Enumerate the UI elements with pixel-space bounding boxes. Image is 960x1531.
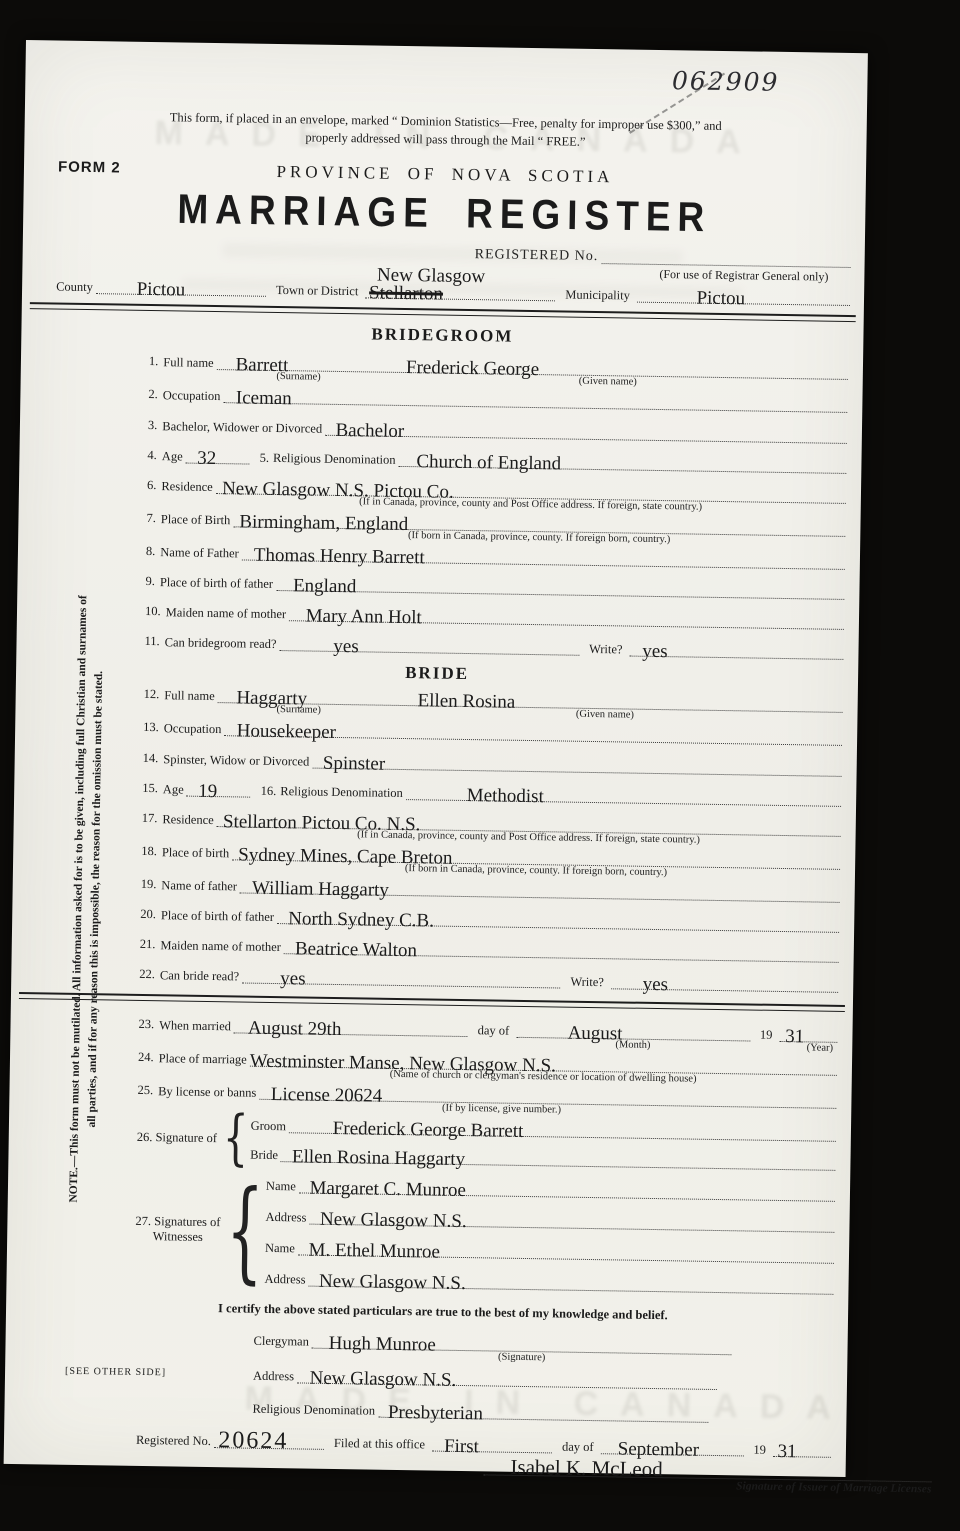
row-witness1-name: Name Margaret C. Munroe	[266, 1176, 835, 1202]
clergyman-label: Clergyman	[253, 1335, 309, 1349]
row-bride-read-write: 22. Can bride read? yes Write? yes	[139, 965, 838, 993]
row-number: 10.	[145, 604, 161, 619]
page-title: MARRIAGE REGISTER	[23, 184, 866, 244]
can-read-label: Can bridegroom read?	[165, 636, 277, 651]
license-value: License 20624	[271, 1085, 383, 1106]
fill-line: England	[276, 574, 845, 600]
write-fill: yes	[611, 973, 839, 994]
signature-column: Groom Frederick George Barrett Bride Ell…	[250, 1116, 836, 1171]
bridegroom-heading: BRIDEGROOM	[21, 319, 863, 352]
issuer-signature-line: Isabel K. McLeod	[484, 1457, 932, 1483]
religion-value: Methodist	[467, 786, 544, 806]
row-label: Spinster, Widow or Divorced	[163, 753, 309, 768]
fill-line: New Glasgow N.S.	[309, 1208, 834, 1233]
place-sub-label: (Name of church or clergyman's residence…	[390, 1069, 697, 1085]
handwritten-value: Housekeeper	[237, 722, 336, 743]
row-groom-full-name: 1. Full name Barrett Frederick George (S…	[149, 352, 848, 380]
given-name-sub-label: (Given name)	[579, 376, 637, 388]
witnesses-label-line1: Signatures of	[154, 1214, 221, 1229]
handwritten-value: Mary Ann Holt	[306, 607, 422, 628]
county-label: County	[56, 281, 93, 295]
age-label: Age	[162, 450, 183, 463]
address-label: Address	[265, 1211, 306, 1225]
row-groom-occupation: 2. Occupation Iceman	[148, 385, 847, 413]
row-groom-residence: 6. Residence New Glasgow N.S. Pictou Co.…	[147, 476, 846, 504]
row-number: 23.	[138, 1017, 154, 1032]
row-number: 26.	[137, 1130, 153, 1144]
handwritten-value: Spinster	[323, 754, 386, 774]
clergyman-fill: Hugh Munroe (Signature)	[312, 1332, 732, 1356]
row-number: 12.	[144, 687, 160, 702]
year-fill: 31 (Year)	[779, 1025, 837, 1043]
row-groom-birthplace: 7. Place of Birth Birmingham, England (I…	[146, 509, 845, 537]
bridegroom-section: 1. Full name Barrett Frederick George (S…	[16, 350, 863, 660]
row-bride-mother-maiden-name: 21. Maiden name of mother Beatrice Walto…	[140, 935, 839, 963]
fill-line: Housekeeper	[224, 719, 842, 746]
fill-line: Thomas Henry Barrett	[242, 544, 845, 570]
issuer-signature-block: Isabel K. McLeod Signature of Issuer of …	[483, 1457, 931, 1496]
fill-line: New Glasgow N.S. Pictou Co. (If in Canad…	[216, 477, 846, 504]
fill-line: Bachelor	[325, 419, 847, 444]
date-value: August 29th	[248, 1019, 342, 1039]
row-number: 14.	[143, 751, 159, 766]
row-label: Full name	[163, 356, 214, 370]
row-bride-residence: 17. Residence Stellarton Pictou Co. N.S.…	[142, 809, 841, 837]
surname-sub-label: (Surname)	[276, 371, 320, 383]
scanned-page: MADE IN CANADA MADE IN CANADA 062909 Thi…	[4, 40, 868, 1477]
fill-line: License 20624 (If by license, give numbe…	[259, 1083, 836, 1109]
filed-day-value: First	[444, 1437, 479, 1457]
witnesses-label-line2: Witnesses	[135, 1229, 220, 1245]
row-number: 2.	[148, 387, 158, 402]
clergyman-signature: Hugh Munroe	[329, 1334, 436, 1355]
row-label: Residence	[162, 813, 214, 827]
age-value: 19	[198, 782, 217, 801]
row-number-16: 16.	[261, 785, 277, 798]
row-label: Occupation	[164, 722, 222, 736]
row-label: When married	[159, 1019, 231, 1033]
form-number-label: FORM 2	[58, 159, 121, 177]
row-label: Place of Birth	[161, 513, 231, 527]
row-number: 18.	[141, 844, 157, 859]
day-of-label: day of	[478, 1024, 510, 1038]
year-sub-label: (Year)	[807, 1043, 834, 1054]
handwritten-value: Birmingham, England	[239, 513, 408, 535]
residence-sub-label: (If in Canada, province, county and Post…	[359, 497, 702, 513]
town-struck-value: Stellarton	[369, 284, 443, 304]
fill-line: Sydney Mines, Cape Breton (If born in Ca…	[232, 844, 840, 871]
row-number: 4.	[147, 448, 157, 463]
fill-line: Iceman	[223, 386, 847, 413]
fill-line: Spinster	[312, 752, 842, 777]
residence-sub-label: (If in Canada, province, county and Post…	[357, 830, 700, 846]
row-label: By license or banns	[158, 1085, 256, 1100]
month-sub-label: (Month)	[615, 1040, 650, 1052]
signatures-block: 26. Signature of { Groom Frederick Georg…	[136, 1114, 836, 1171]
row-bride-occupation: 13. Occupation Housekeeper	[143, 718, 842, 746]
row-number: 21.	[140, 937, 156, 952]
handwritten-value: Iceman	[236, 389, 292, 409]
row-number: 22.	[139, 967, 155, 982]
row-label: Place of marriage	[159, 1052, 247, 1067]
certification-statement: I certify the above stated particulars a…	[218, 1301, 833, 1326]
filed-day-fill: First	[432, 1435, 552, 1454]
county-fill: Pictou	[96, 277, 266, 297]
row-groom-marital-status: 3. Bachelor, Widower or Divorced Bachelo…	[148, 416, 847, 444]
brace-glyph: {	[225, 1166, 264, 1296]
row-groom-father-name: 8. Name of Father Thomas Henry Barrett	[146, 542, 845, 570]
read-value: yes	[280, 969, 306, 988]
row-number: 17.	[142, 811, 158, 826]
row-bride-father-name: 19. Name of father William Haggarty	[141, 875, 840, 903]
witness2-name: M. Ethel Munroe	[308, 1241, 440, 1262]
row-groom-father-birthplace: 9. Place of birth of father England	[145, 572, 844, 600]
handwritten-value: Bachelor	[335, 421, 404, 441]
day-of-label: day of	[562, 1441, 594, 1455]
row-bride-marital-status: 14. Spinster, Widow or Divorced Spinster	[143, 749, 842, 777]
row-groom-signature: Groom Frederick George Barrett	[251, 1116, 837, 1142]
row-number: 7.	[146, 511, 156, 526]
fill-line: New Glasgow N.S.	[308, 1270, 833, 1295]
fill-line: M. Ethel Munroe	[298, 1239, 834, 1264]
row-label: Signature of	[155, 1130, 217, 1145]
license-sub-label: (If by license, give number.)	[442, 1103, 561, 1116]
groom-signature: Frederick George Barrett	[333, 1119, 524, 1141]
religion-value: Church of England	[416, 452, 561, 473]
witnesses-label: 27. Signatures of Witnesses	[135, 1214, 221, 1245]
see-other-side-label: [SEE OTHER SIDE]	[65, 1366, 166, 1379]
witness1-name: Margaret C. Munroe	[309, 1179, 466, 1200]
handwritten-value: Beatrice Walton	[295, 940, 417, 961]
town-fill: Stellarton New Glasgow	[365, 282, 555, 302]
religion-label: Religious Denomination	[273, 452, 396, 467]
made-in-canada-watermark: MADE IN CANADA	[154, 114, 763, 163]
name-label: Name	[265, 1242, 295, 1256]
row-number: 24.	[138, 1050, 154, 1065]
issuer-signature: Isabel K. McLeod	[510, 1457, 663, 1480]
fill-line: Frederick George Barrett	[289, 1117, 836, 1143]
row-number: 13.	[143, 720, 159, 735]
age-value: 32	[197, 449, 216, 468]
write-label: Write?	[570, 976, 604, 990]
birthplace-sub-label: (If born in Canada, province, county. If…	[405, 863, 667, 878]
handwritten-value: North Sydney C.B.	[288, 909, 434, 930]
registered-no-value: 20624	[218, 1428, 288, 1453]
write-fill: yes	[629, 640, 843, 660]
address-fill: New Glasgow N.S.	[297, 1367, 717, 1391]
date-fill: August 29th	[234, 1017, 468, 1038]
row-label: Full name	[164, 689, 215, 703]
row-number-5: 5.	[260, 452, 270, 465]
municipality-fill: Pictou	[637, 286, 850, 306]
row-bride-age-religion: 15. Age 19 16. Religious Denomination Me…	[142, 779, 841, 807]
read-fill: yes	[242, 967, 561, 989]
name-label: Name	[266, 1180, 296, 1194]
clergyman-address: New Glasgow N.S.	[309, 1369, 456, 1390]
row-bride-full-name: 12. Full name Haggarty Ellen Rosina (Sur…	[144, 685, 843, 713]
row-groom-read-write: 11. Can bridegroom read? yes Write? yes	[144, 632, 843, 660]
row-number: 9.	[145, 574, 155, 589]
filed-year-fill: 31	[773, 1440, 831, 1458]
handwritten-value: England	[293, 577, 357, 597]
row-label: Place of birth of father	[161, 909, 274, 924]
age-fill: 32	[186, 447, 250, 465]
row-label: Maiden name of mother	[160, 939, 281, 954]
row-label: Place of birth of father	[160, 576, 273, 591]
row-number: 19.	[141, 877, 157, 892]
serial-number: 062909	[672, 66, 780, 97]
given-name-value: Ellen Rosina	[417, 691, 515, 712]
month-value: August	[568, 1024, 623, 1044]
age-label: Age	[163, 783, 184, 796]
row-number: 3.	[148, 418, 158, 433]
religion-label: Religious Denomination	[280, 785, 403, 800]
row-label: Name of father	[161, 879, 237, 893]
row-groom-age-religion: 4. Age 32 5. Religious Denomination Chur…	[147, 446, 846, 474]
handwritten-value: William Haggarty	[252, 879, 389, 900]
write-label: Write?	[589, 643, 623, 657]
birthplace-sub-label: (If born in Canada, province, county. If…	[408, 530, 670, 545]
fill-line: Haggarty Ellen Rosina (Surname) (Given n…	[218, 686, 843, 713]
row-bride-birthplace: 18. Place of birth Sydney Mines, Cape Br…	[141, 842, 840, 870]
denomination-value: Presbyterian	[388, 1403, 483, 1423]
fill-line: William Haggarty	[240, 877, 840, 903]
read-value: yes	[333, 637, 359, 656]
registered-no-fill: 20624	[214, 1431, 324, 1450]
brace-glyph: {	[222, 1104, 249, 1173]
bride-section: 12. Full name Haggarty Ellen Rosina (Sur…	[11, 683, 858, 993]
fill-line: Margaret C. Munroe	[299, 1177, 835, 1202]
fill-line: Barrett Frederick George (Surname) (Give…	[217, 353, 848, 380]
row-label: Residence	[161, 480, 213, 494]
row-label: Name of Father	[160, 546, 239, 560]
row-bride-father-birthplace: 20. Place of birth of father North Sydne…	[140, 905, 839, 933]
row-witness2-name: Name M. Ethel Munroe	[265, 1238, 834, 1264]
row-label: Bachelor, Widower or Divorced	[162, 420, 322, 436]
row-registered-filed: Registered No. 20624 Filed at this offic…	[136, 1430, 831, 1458]
witness2-address: New Glasgow N.S.	[319, 1272, 466, 1293]
year-prefix: 19	[760, 1029, 773, 1042]
row-number: 6.	[147, 478, 157, 493]
row-number: 11.	[144, 634, 159, 649]
fill-line: Mary Ann Holt	[289, 604, 844, 630]
year-value: 31	[785, 1027, 804, 1046]
year-prefix: 19	[753, 1444, 766, 1457]
double-rule	[19, 992, 845, 1012]
fill-line: Westminster Manse, New Glasgow N.S. (Nam…	[250, 1050, 837, 1076]
county-value: Pictou	[137, 280, 186, 300]
fill-line: North Sydney C.B.	[277, 907, 839, 933]
row-number: 1.	[149, 354, 159, 369]
can-read-label: Can bride read?	[160, 969, 239, 983]
religion-fill: Church of England	[398, 450, 846, 474]
write-value: yes	[642, 642, 668, 661]
row-label: Occupation	[163, 389, 221, 403]
address-label: Address	[264, 1273, 305, 1287]
write-value: yes	[643, 975, 669, 994]
municipality-value: Pictou	[696, 289, 745, 309]
witnesses-block: 27. Signatures of Witnesses { Name Marga…	[134, 1174, 835, 1295]
signature-of-label: 26. Signature of	[137, 1130, 217, 1146]
row-place-of-marriage: 24. Place of marriage Westminster Manse,…	[138, 1048, 837, 1076]
row-bride-signature: Bride Ellen Rosina Haggarty	[250, 1145, 836, 1171]
filed-month-fill: September	[601, 1437, 744, 1456]
row-when-married: 23. When married August 29th day of Augu…	[138, 1015, 837, 1043]
fill-line: Birmingham, England (If born in Canada, …	[233, 511, 845, 538]
surname-sub-label: (Surname)	[276, 704, 320, 716]
handwritten-value: Thomas Henry Barrett	[254, 546, 425, 568]
row-witness2-address: Address New Glasgow N.S.	[264, 1269, 833, 1295]
age-fill: 19	[187, 780, 251, 798]
fill-line: Ellen Rosina Haggarty	[281, 1145, 836, 1171]
filed-year-value: 31	[777, 1442, 796, 1461]
groom-sig-label: Groom	[251, 1120, 287, 1134]
row-number: 25.	[137, 1083, 153, 1098]
fill-line	[601, 247, 851, 268]
registered-no-label: Registered No.	[136, 1434, 211, 1448]
row-clergyman: Clergyman Hugh Munroe (Signature)	[253, 1331, 832, 1357]
row-label: Maiden name of mother	[166, 606, 287, 621]
month-fill: August (Month)	[516, 1021, 750, 1042]
bride-signature: Ellen Rosina Haggarty	[292, 1148, 465, 1170]
fill-line: Beatrice Walton	[284, 937, 839, 963]
read-fill: yes	[279, 634, 579, 656]
row-label: Place of birth	[162, 846, 230, 860]
witness1-address: New Glasgow N.S.	[320, 1210, 467, 1231]
row-number: 15.	[142, 781, 158, 796]
row-number: 8.	[146, 544, 156, 559]
given-name-sub-label: (Given name)	[576, 709, 634, 721]
row-number: 27.	[135, 1214, 151, 1228]
town-corrected-value: New Glasgow	[377, 266, 485, 287]
signature-sub-label: (Signature)	[498, 1352, 545, 1364]
row-witness1-address: Address New Glasgow N.S.	[265, 1207, 834, 1233]
row-number: 20.	[140, 907, 156, 922]
religion-fill: Methodist	[406, 783, 842, 807]
given-name-value: Frederick George	[406, 358, 539, 379]
fill-line: Stellarton Pictou Co. N.S. (If in Canada…	[217, 810, 841, 837]
row-groom-mother-maiden-name: 10. Maiden name of mother Mary Ann Holt	[145, 602, 844, 630]
bride-sig-label: Bride	[250, 1149, 278, 1163]
filed-label: Filed at this office	[334, 1437, 425, 1452]
witnesses-column: Name Margaret C. Munroe Address New Glas…	[264, 1176, 835, 1295]
